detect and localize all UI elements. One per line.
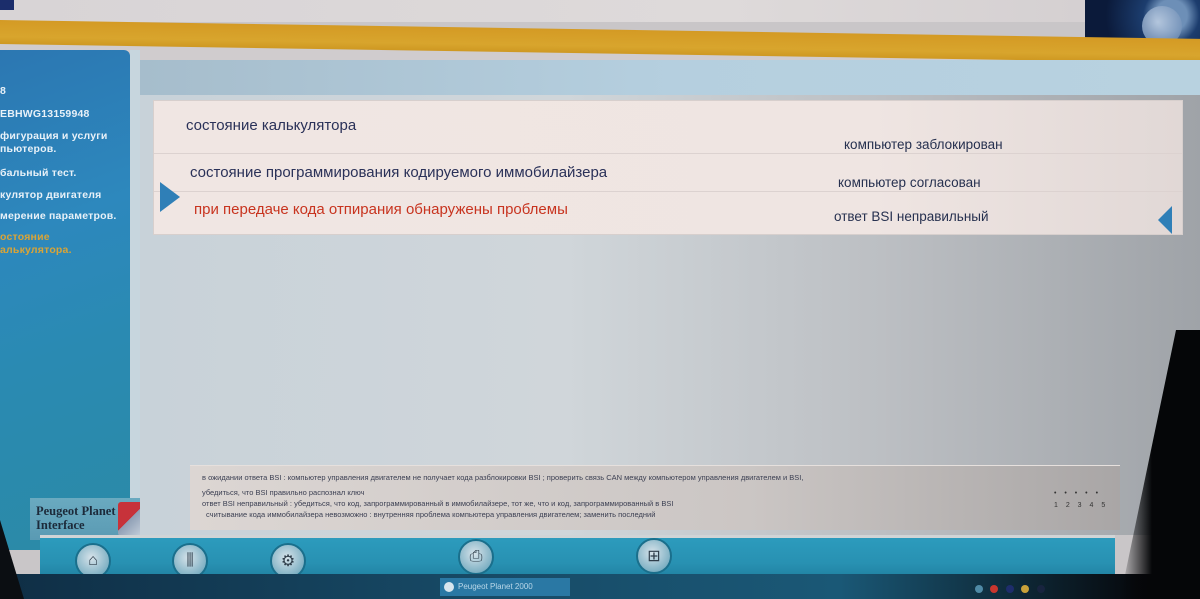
sidebar-item-engine-ecu[interactable]: кулятор двигателя: [0, 189, 140, 202]
logo-line-1: Peugeot Planet: [36, 504, 116, 518]
help-line: считывание кода иммобилайзера невозможно…: [206, 510, 655, 519]
status-panel: состояние калькулятора компьютер заблоки…: [153, 100, 1183, 235]
tray-icon[interactable]: [1037, 585, 1045, 593]
tray-icon[interactable]: [1021, 585, 1029, 593]
status-label: состояние программирования кодируемого и…: [190, 164, 607, 181]
sidebar-divider: [130, 50, 140, 550]
vehicle-icon: ⊞: [647, 546, 660, 566]
sidebar-item-ecu-state-2[interactable]: алькулятора.: [0, 244, 140, 257]
sidebar-item-ecu-state[interactable]: остояние: [0, 231, 140, 244]
help-line: в ожидании ответа BSI : компьютер управл…: [202, 473, 803, 482]
status-value: ответ BSI неправильный: [834, 209, 989, 224]
sidebar-item-configuration-2[interactable]: пьютеров.: [0, 143, 140, 156]
windows-taskbar: Peugeot Planet 2000: [0, 574, 1200, 599]
app-logo-text: Peugeot Planet Interface: [36, 504, 116, 532]
main-header-band: [140, 60, 1200, 100]
sidebar-item-global-test[interactable]: бальный тест.: [0, 167, 140, 180]
help-line: убедиться, что BSI правильно распознал к…: [202, 488, 364, 497]
status-label: состояние калькулятора: [186, 117, 356, 134]
tray-icon[interactable]: [975, 585, 983, 593]
selected-row-arrow-icon: [160, 182, 180, 212]
sidebar-item-vin[interactable]: EBHWG13159948: [0, 108, 140, 121]
taskbar-item-label: Peugeot Planet 2000: [458, 582, 533, 591]
status-row[interactable]: состояние программирования кодируемого и…: [154, 159, 1182, 193]
logo-line-2: Interface: [36, 518, 116, 532]
desktop-top-area: [0, 0, 1200, 22]
sidebar-item-configuration[interactable]: фигурация и услуги: [0, 130, 140, 143]
taskbar-item-peugeot-planet[interactable]: Peugeot Planet 2000: [440, 578, 570, 596]
tools-icon: ⚙: [281, 551, 295, 571]
status-row-selected[interactable]: при передаче кода отпирания обнаружены п…: [154, 195, 1182, 229]
desktop-tag: [0, 0, 14, 10]
status-value: компьютер согласован: [838, 175, 981, 190]
row-divider: [154, 153, 1182, 154]
print-button[interactable]: ⎙: [458, 539, 494, 575]
status-label-error: при передаче кода отпирания обнаружены п…: [194, 201, 568, 218]
sidebar: 8 EBHWG13159948 фигурация и услуги пьюте…: [0, 50, 130, 550]
system-tray[interactable]: [975, 580, 1085, 592]
app-icon: [444, 582, 454, 592]
help-pager[interactable]: • • • • • 1 2 3 4 5: [1050, 488, 1120, 518]
bookmark-icon: ⫼: [186, 552, 193, 570]
scroll-back-arrow-icon[interactable]: [1158, 206, 1172, 234]
status-row[interactable]: состояние калькулятора компьютер заблоки…: [154, 113, 1182, 147]
sidebar-item-model[interactable]: 8: [0, 85, 140, 98]
pager-dots: • • • • •: [1054, 490, 1101, 497]
tray-icon[interactable]: [1006, 585, 1014, 593]
vehicle-button[interactable]: ⊞: [636, 538, 672, 574]
print-icon: ⎙: [470, 548, 483, 566]
row-divider: [154, 191, 1182, 192]
status-value: компьютер заблокирован: [844, 137, 1003, 152]
monitor-screen: 8 EBHWG13159948 фигурация и услуги пьюте…: [0, 0, 1200, 599]
home-icon: ⌂: [88, 552, 98, 570]
sidebar-item-parameters[interactable]: мерение параметров.: [0, 210, 140, 223]
tray-icon[interactable]: [990, 585, 998, 593]
pager-pages[interactable]: 1 2 3 4 5: [1054, 502, 1108, 509]
help-line: ответ BSI неправильный : убедиться, что …: [202, 499, 673, 508]
help-panel: в ожидании ответа BSI : компьютер управл…: [190, 465, 1120, 530]
